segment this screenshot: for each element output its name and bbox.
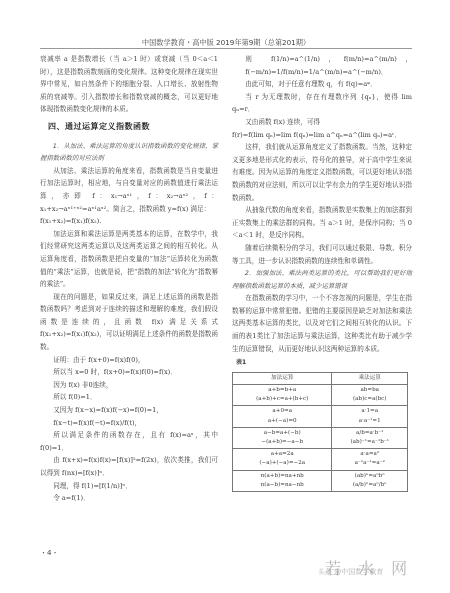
table-caption: 表1	[236, 357, 412, 370]
header-divider	[40, 48, 412, 49]
addition-cell: a+a=2a (−a)+(−a)=−2a	[233, 449, 332, 470]
addition-cell: a−b=a+(−b) −(a+b)=−a−b	[233, 427, 332, 448]
subhead-2: 2．加强加法、乘法两类运算的类比，可以帮助我们更好地理解指数函数运算的本质，减少…	[232, 267, 412, 292]
paragraph: 在指数函数的学习中，一个不容忽视的问题是，学生在指数幂的运算中常常犯错。犯错的主…	[232, 292, 412, 355]
table-row: a−b=a+(−b) −(a+b)=−a−b a/b=a·b⁻¹ (ab)⁻¹=…	[233, 427, 408, 448]
table-row: n(a+b)=na+nb n(a−b)=na−nb (ab)ⁿ=aⁿbⁿ (a/…	[233, 470, 408, 491]
paragraph: 当 r 为无理数时，存在有理数序列 {qₙ}，使得 lim qₙ=r．	[232, 91, 412, 116]
watermark-overlay-text: 头条 @中国数学教育	[318, 567, 383, 577]
table-header-row: 加法运算 乘法运算	[233, 372, 408, 384]
left-column: 衰减率 a 是指数增长（当 a＞1 时）或衰减（当 0＜a＜1 时），这是指数函…	[40, 53, 218, 505]
equation: 令 a=f(1)．	[40, 492, 218, 505]
addition-cell: a+b=b+a (a+b)+c=a+(b+c)	[233, 385, 332, 406]
multiplication-cell: a·a=a² a⁻¹a⁻¹=a⁻²	[332, 449, 408, 470]
paragraph: 现在的问题是，如果反过来，满足上述运算的函数是指数函数吗？考虑到对于连续的描述和…	[40, 291, 218, 354]
table-row: a+b=b+a (a+b)+c=a+(b+c) ab=ba (ab)c=a(bc…	[233, 385, 408, 406]
subhead-1: 1．从加法、乘法运算的角度认识指数函数的变化规律，掌握指数函数的对应法则	[40, 140, 218, 165]
equation: f(x₁+x₂)=f(x₁)f(x₂).	[40, 215, 218, 228]
proof-line: 又因为 f(x−x)=f(x)f(−x)=f(0)=1，	[40, 404, 218, 417]
multiplication-cell: a/b=a·b⁻¹ (ab)⁻¹=a⁻¹b⁻¹	[332, 427, 408, 448]
paragraph: 从抽象代数的角度来看，指数函数是实数集上的加法群到正实数集上的乘法群的同构。当 …	[232, 204, 412, 242]
paragraph: 由 f(x+x)=f(x)f(x)=[f(x)]²=f(2x)，依次类推，我们可…	[40, 454, 218, 479]
journal-header: 中国数学教育・高中版 2019年第9期（总第201期）	[40, 38, 412, 48]
multiplication-cell: ab=ba (ab)c=a(bc)	[332, 385, 408, 406]
column-header-multiplication: 乘法运算	[332, 372, 408, 384]
section-title: 四、通过运算定义指数函数	[48, 121, 218, 134]
multiplication-cell: a·1=a a·a⁻¹=1	[332, 406, 408, 427]
paragraph: 所以满足条件的函数存在，且有 f(x)=aˣ，其中 f(0)=1．	[40, 429, 218, 454]
page-number: ・4・	[40, 548, 58, 558]
paragraph: 这样，我们就从运算角度定义了指数函数。当然，这种定义更多地是形式化的表示，符号化…	[232, 141, 412, 204]
column-header-addition: 加法运算	[233, 372, 332, 384]
paragraph: 由此可知，对于任意有理数 q，有 f(q)=aᵠ．	[232, 78, 412, 91]
right-column: 则 f(1/n)=a^(1/n)，f(m/n)=a^(m/n)，f(−m/n)=…	[232, 53, 412, 492]
proof-line: 所以当 x=0 时，f(x+0)=f(x)f(0)=f(x)．	[40, 366, 218, 379]
multiplication-cell: (ab)ⁿ=aⁿbⁿ (a/b)ⁿ=aⁿ/bⁿ	[332, 470, 408, 491]
equation: f(r)=f(lim qₙ)=lim f(qₙ)=lim a^qₙ=a^(lim…	[232, 129, 412, 142]
operations-table: 加法运算 乘法运算 a+b=b+a (a+b)+c=a+(b+c) ab=ba …	[232, 372, 408, 492]
table-row: a+a=2a (−a)+(−a)=−2a a·a=a² a⁻¹a⁻¹=a⁻²	[233, 449, 408, 470]
table-row: a+0=a a+(−a)=0 a·1=a a·a⁻¹=1	[233, 406, 408, 427]
paragraph: 又由函数 f(x) 连续，可得	[232, 116, 412, 129]
equation: 则 f(1/n)=a^(1/n)，f(m/n)=a^(m/n)，f(−m/n)=…	[232, 53, 412, 78]
intro-paragraph: 衰减率 a 是指数增长（当 a＞1 时）或衰减（当 0＜a＜1 时），这是指数函…	[40, 53, 218, 116]
paragraph: 从加法、乘法运算的角度来看，指数函数是当自变量进行加法运算时，相应地，与自变量对…	[40, 165, 218, 215]
addition-cell: a+0=a a+(−a)=0	[233, 406, 332, 427]
equation: 同理，得 f(1)=[f(1/n)]ⁿ．	[40, 480, 218, 493]
paragraph: 加法运算和乘法运算是两类基本的运算，在数学中，我们经常研究这两类运算以及这两类运…	[40, 228, 218, 291]
proof-line: 所以 f(0)=1．	[40, 391, 218, 404]
proof-line: 因为 f(x) 非0连续，	[40, 379, 218, 392]
proof-line: 证明：由于 f(x+0)=f(x)f(0)，	[40, 354, 218, 367]
paragraph: 随着后续微积分的学习，我们可以通过极限、导数、积分等工具，进一步认识指数函数的连…	[232, 242, 412, 267]
proof-line: f(x−t)=f(x)f(−t)=f(x)/f(t)，	[40, 417, 218, 430]
addition-cell: n(a+b)=na+nb n(a−b)=na−nb	[233, 470, 332, 491]
